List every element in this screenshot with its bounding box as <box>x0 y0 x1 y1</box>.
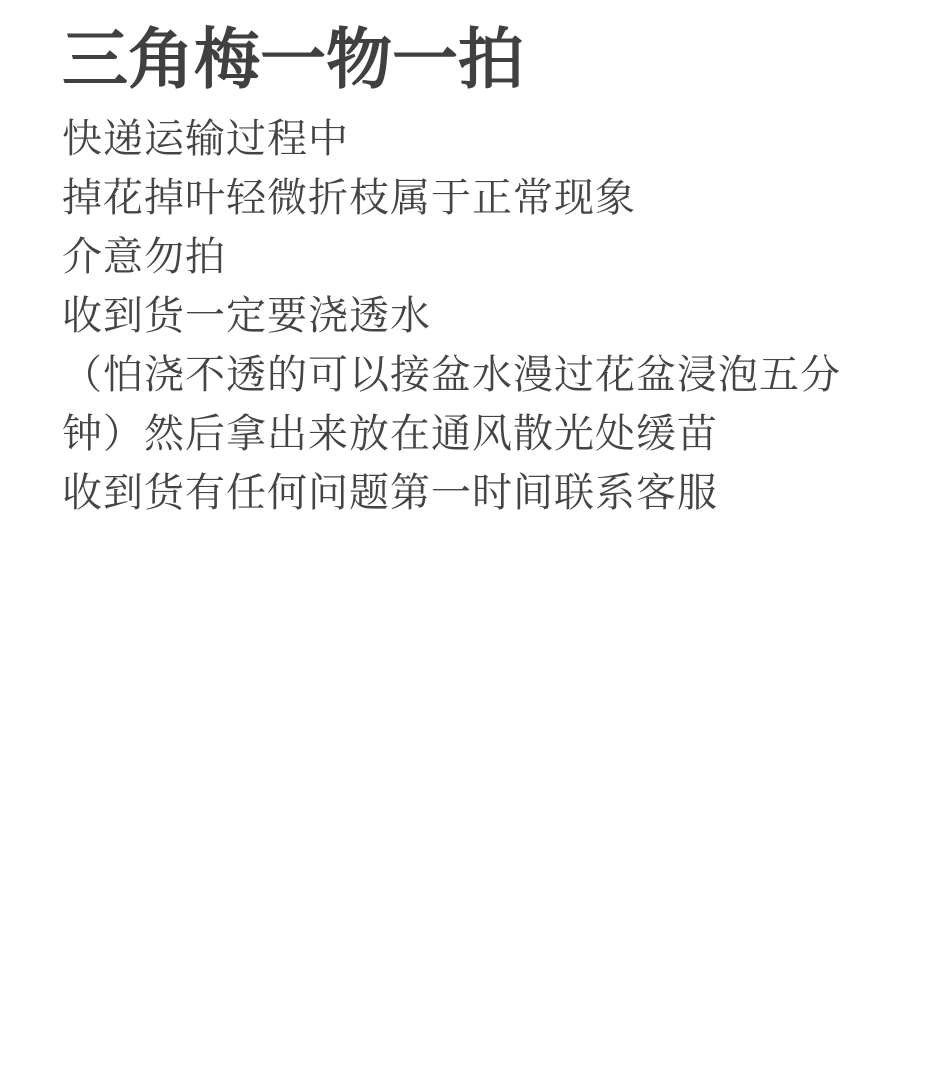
notice-line-watering: 收到货一定要浇透水 <box>62 287 841 346</box>
notice-body: 快递运输过程中 掉花掉叶轻微折枝属于正常现象 介意勿拍 收到货一定要浇透水 （怕… <box>62 110 841 523</box>
page-title: 三角梅一物一拍 <box>62 24 524 96</box>
notice-line-disclaimer: 介意勿拍 <box>62 228 841 287</box>
notice-line-soak-tip: （怕浇不透的可以接盆水漫过花盆浸泡五分 <box>62 346 841 405</box>
notice-line-shipping: 快递运输过程中 <box>62 110 841 169</box>
notice-line-contact-service: 收到货有任何问题第一时间联系客服 <box>62 464 841 523</box>
notice-line-normal-damage: 掉花掉叶轻微折枝属于正常现象 <box>62 169 841 228</box>
notice-line-soak-tip-cont: 钟）然后拿出来放在通风散光处缓苗 <box>62 405 841 464</box>
